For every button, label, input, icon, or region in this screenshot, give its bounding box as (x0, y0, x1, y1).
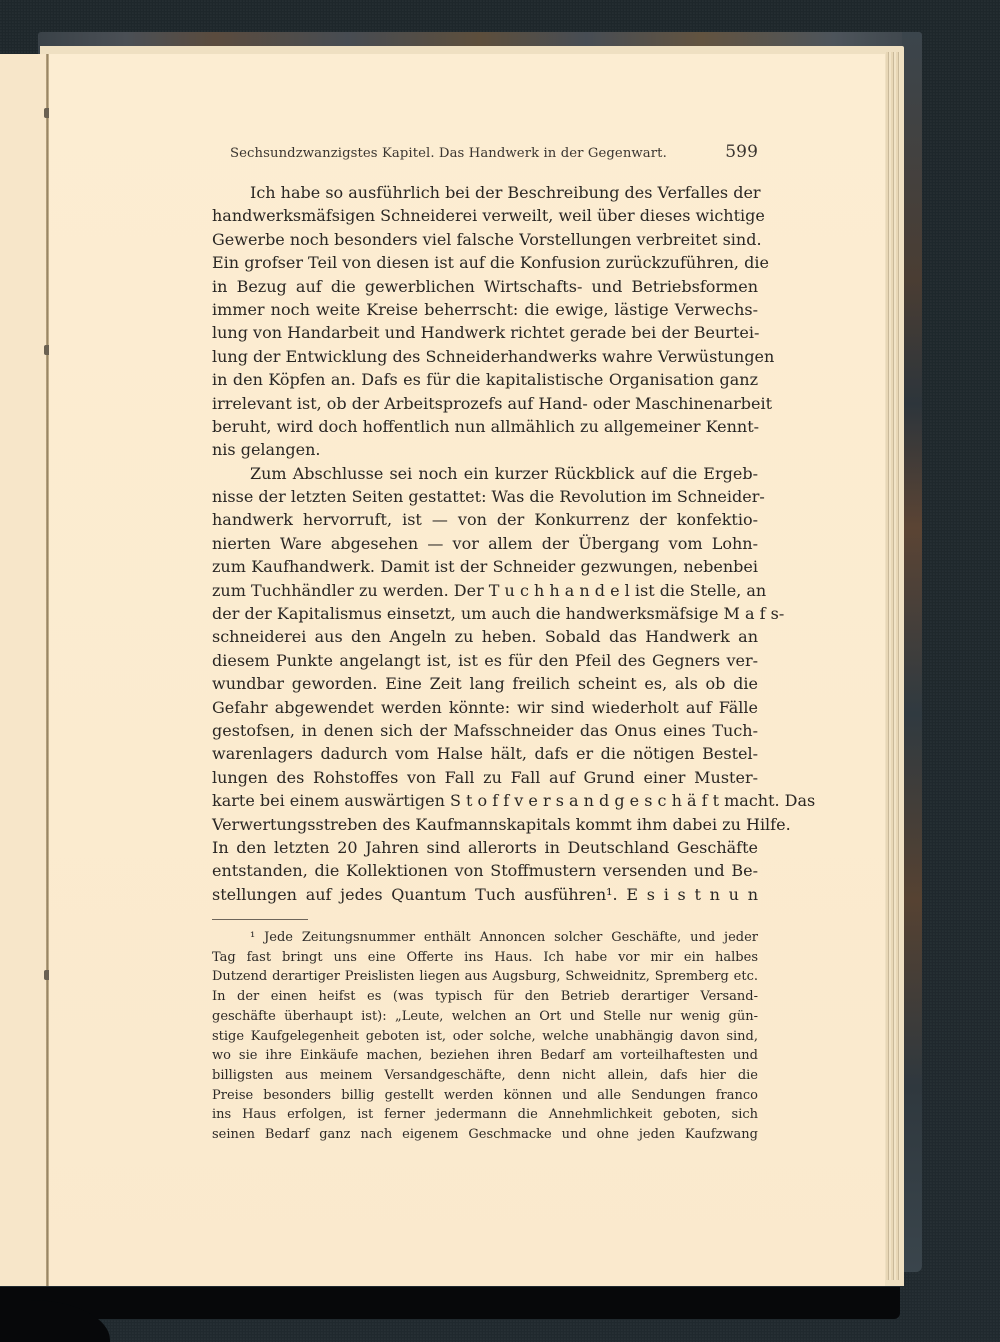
footnote-line: In der einen heifst es (was typisch für … (212, 987, 758, 1007)
text-line: handwerksmäfsigen Schneiderei verweilt, … (212, 204, 758, 227)
text-line: diesem Punkte angelangt ist, ist es für … (212, 649, 758, 672)
text-line: der der Kapitalismus einsetzt, um auch d… (212, 602, 758, 625)
text-line: handwerk hervorruft, ist — von der Konku… (212, 508, 758, 531)
page-content: Sechsundzwanzigstes Kapitel. Das Handwer… (212, 142, 758, 1145)
text-line: warenlagers dadurch vom Halse hält, dafs… (212, 742, 758, 765)
footnote-line: ins Haus erfolgen, ist ferner jedermann … (212, 1105, 758, 1125)
text-line: nisse der letzten Seiten gestattet: Was … (212, 485, 758, 508)
text-line: Zum Abschlusse sei noch ein kurzer Rückb… (212, 462, 758, 485)
footnote-line: geschäfte überhaupt ist): „Leute, welche… (212, 1007, 758, 1027)
text-line: nierten Ware abgesehen — vor allem der Ü… (212, 532, 758, 555)
text-line: lung der Entwicklung des Schneiderhandwe… (212, 345, 758, 368)
text-line: In den letzten 20 Jahren sind allerorts … (212, 836, 758, 859)
left-page-sliver (0, 54, 48, 1286)
text-line: gestofsen, in denen sich der Mafsschneid… (212, 719, 758, 742)
text-line: zum Kaufhandwerk. Damit ist der Schneide… (212, 555, 758, 578)
footnote-line: Tag fast bringt uns eine Offerte ins Hau… (212, 948, 758, 968)
text-line: nis gelangen. (212, 438, 758, 461)
running-head: Sechsundzwanzigstes Kapitel. Das Handwer… (212, 142, 758, 166)
text-line: stellungen auf jedes Quantum Tuch ausfüh… (212, 883, 758, 906)
text-line: Ich habe so ausführlich bei der Beschrei… (212, 181, 758, 204)
text-line: zum Tuchhändler zu werden. Der T u c h h… (212, 579, 758, 602)
footnote-line: billigsten aus meinem Versandgeschäfte, … (212, 1066, 758, 1086)
text-line: immer noch weite Kreise beherrscht: die … (212, 298, 758, 321)
footnote-line: seinen Bedarf ganz nach eigenem Geschmac… (212, 1125, 758, 1145)
footnote-line: wo sie ihre Einkäufe machen, beziehen ih… (212, 1046, 758, 1066)
text-line: in den Köpfen an. Dafs es für die kapita… (212, 368, 758, 391)
page-number: 599 (725, 142, 758, 162)
text-line: schneiderei aus den Angeln zu heben. Sob… (212, 625, 758, 648)
book-page: Sechsundzwanzigstes Kapitel. Das Handwer… (49, 54, 885, 1286)
text-line: Ein grofser Teil von diesen ist auf die … (212, 251, 758, 274)
text-line: Gewerbe noch besonders viel falsche Vors… (212, 228, 758, 251)
footnote-line: Dutzend derartiger Preislisten liegen au… (212, 967, 758, 987)
paragraph-2: Zum Abschlusse sei noch ein kurzer Rückb… (212, 462, 758, 906)
text-line: karte bei einem auswärtigen S t o f f v … (212, 789, 758, 812)
footnote-1: ¹ Jede Zeitungsnummer enthält Annoncen s… (212, 928, 758, 1145)
text-line: in Bezug auf die gewerblichen Wirtschaft… (212, 275, 758, 298)
text-line: wundbar geworden. Eine Zeit lang freilic… (212, 672, 758, 695)
text-line: irrelevant ist, ob der Arbeitsprozefs au… (212, 392, 758, 415)
footnote-line: stige Kaufgelegenheit geboten ist, oder … (212, 1027, 758, 1047)
text-line: lung von Handarbeit und Handwerk richtet… (212, 321, 758, 344)
footnote-line: ¹ Jede Zeitungsnummer enthält Annoncen s… (212, 928, 758, 948)
text-line: Verwertungsstreben des Kaufmannskapitals… (212, 813, 758, 836)
chapter-title: Sechsundzwanzigstes Kapitel. Das Handwer… (230, 146, 667, 161)
text-line: beruht, wird doch hoffentlich nun allmäh… (212, 415, 758, 438)
text-line: Gefahr abgewendet werden könnte: wir sin… (212, 696, 758, 719)
body-text: Ich habe so ausführlich bei der Beschrei… (212, 181, 758, 906)
text-line: entstanden, die Kollektionen von Stoffmu… (212, 859, 758, 882)
footnote-line: Preise besonders billig gestellt werden … (212, 1086, 758, 1106)
text-line: lungen des Rohstoffes von Fall zu Fall a… (212, 766, 758, 789)
book-cover-right-edge (902, 32, 922, 1272)
book-shadow (0, 1287, 900, 1319)
footnote-divider (212, 919, 308, 920)
paragraph-1: Ich habe so ausführlich bei der Beschrei… (212, 181, 758, 462)
